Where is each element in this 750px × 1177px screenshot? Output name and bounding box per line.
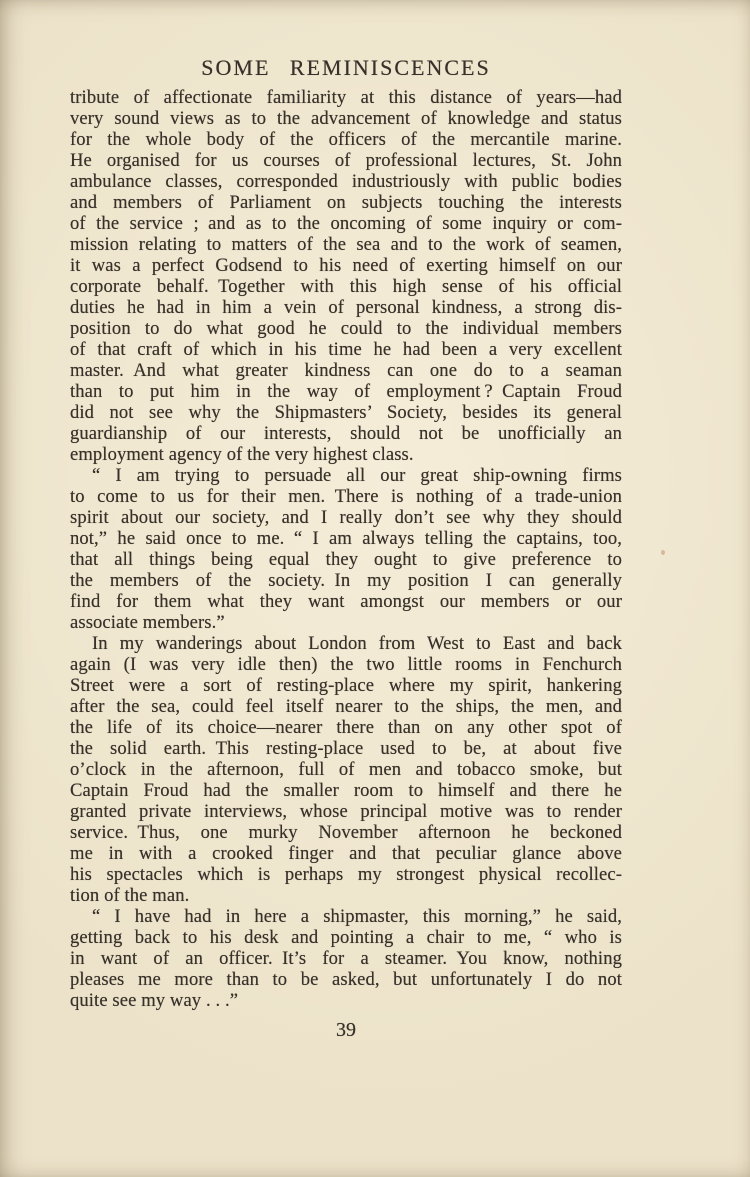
paper-speck [497,207,502,210]
paragraph: tribute of affectionate familiarity at t… [70,87,622,465]
book-page: SOME REMINISCENCES tribute of affectiona… [0,0,750,1177]
text-line: the members of the society. In my positi… [70,570,622,591]
text-line: that all things being equal they ought t… [70,549,622,570]
text-line: and members of Parliament on subjects to… [70,192,622,213]
text-line: Street were a sort of resting-place wher… [70,675,622,696]
text-line: ambulance classes, corresponded industri… [70,171,622,192]
text-line: “ I have had in here a shipmaster, this … [70,906,622,927]
text-line: mission relating to matters of the sea a… [70,234,622,255]
text-line: his spectacles which is perhaps my stron… [70,864,622,885]
text-line: than to put him in the way of employment… [70,381,622,402]
text-line: of the service ; and as to the oncoming … [70,213,622,234]
text-line: tion of the man. [70,885,622,906]
text-line: master. And what greater kindness can on… [70,360,622,381]
text-line: in want of an officer. It’s for a steame… [70,948,622,969]
text-block: tribute of affectionate familiarity at t… [70,87,622,1011]
text-line: did not see why the Shipmasters’ Society… [70,402,622,423]
text-line: duties he had in him a vein of personal … [70,297,622,318]
text-line: to come to us for their men. There is no… [70,486,622,507]
text-line: service. Thus, one murky November aftern… [70,822,622,843]
text-line: tribute of affectionate familiarity at t… [70,87,622,108]
paragraph: “ I have had in here a shipmaster, this … [70,906,622,1011]
text-line: guardianship of our interests, should no… [70,423,622,444]
text-line: not,” he said once to me. “ I am always … [70,528,622,549]
text-line: of that craft of which in his time he ha… [70,339,622,360]
text-line: spirit about our society, and I really d… [70,507,622,528]
text-line: for the whole body of the officers of th… [70,129,622,150]
text-line: “ I am trying to persuade all our great … [70,465,622,486]
paragraph: “ I am trying to persuade all our great … [70,465,622,633]
text-line: o’clock in the afternoon, full of men an… [70,759,622,780]
text-line: corporate behalf. Together with this hig… [70,276,622,297]
paragraph: In my wanderings about London from West … [70,633,622,906]
text-line: employment agency of the very highest cl… [70,444,622,465]
paper-speck [661,550,665,555]
text-line: pleases me more than to be asked, but un… [70,969,622,990]
text-line: after the sea, could feel itself nearer … [70,696,622,717]
text-line: granted private interviews, whose princi… [70,801,622,822]
text-line: quite see my way . . .” [70,990,622,1011]
text-line: again (I was very idle then) the two lit… [70,654,622,675]
page-number: 39 [70,1019,622,1042]
text-line: find for them what they want amongst our… [70,591,622,612]
text-line: me in with a crooked finger and that pec… [70,843,622,864]
running-header: SOME REMINISCENCES [70,55,622,81]
text-line: In my wanderings about London from West … [70,633,622,654]
text-line: position to do what good he could to the… [70,318,622,339]
text-line: getting back to his desk and pointing a … [70,927,622,948]
text-line: it was a perfect Godsend to his need of … [70,255,622,276]
text-line: the solid earth. This resting-place used… [70,738,622,759]
text-line: the life of its choice—nearer there than… [70,717,622,738]
text-line: Captain Froud had the smaller room to hi… [70,780,622,801]
text-line: associate members.” [70,612,622,633]
text-line: He organised for us courses of professio… [70,150,622,171]
text-line: very sound views as to the advancement o… [70,108,622,129]
